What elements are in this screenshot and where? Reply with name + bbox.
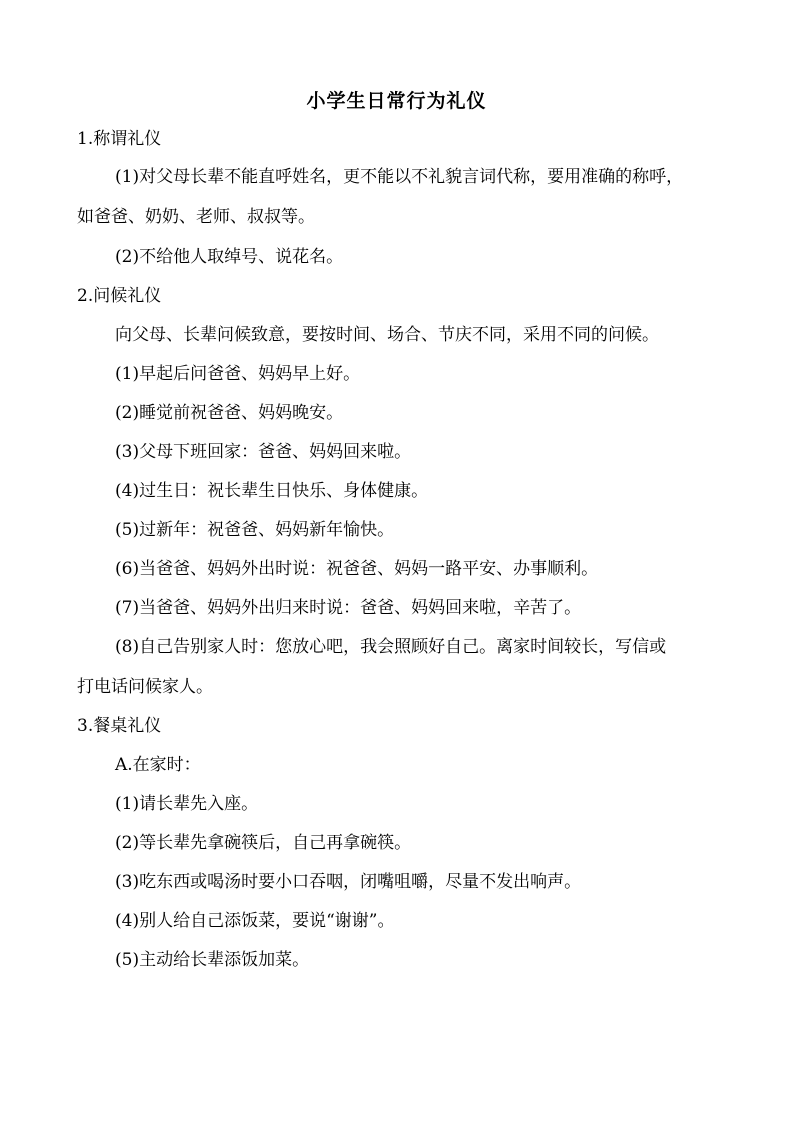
- paragraph-line: (4)别人给自己添饭菜，要说“谢谢”。: [115, 910, 765, 932]
- paragraph-line: 如爸爸、奶奶、老师、叔叔等。: [77, 206, 727, 228]
- paragraph-line: (6)当爸爸、妈妈外出时说：祝爸爸、妈妈一路平安、办事顺利。: [115, 558, 765, 580]
- section-heading-2: 2.问候礼仪: [77, 285, 727, 307]
- paragraph-line: (7)当爸爸、妈妈外出归来时说：爸爸、妈妈回来啦，辛苦了。: [115, 597, 765, 619]
- paragraph-line: (3)父母下班回家：爸爸、妈妈回来啦。: [115, 441, 765, 463]
- subheading: A.在家时：: [115, 754, 765, 776]
- paragraph-line: (4)过生日：祝长辈生日快乐、身体健康。: [115, 480, 765, 502]
- paragraph-line: 向父母、长辈问候致意，要按时间、场合、节庆不同，采用不同的问候。: [115, 324, 765, 346]
- section-heading-1: 1.称谓礼仪: [77, 128, 727, 150]
- paragraph-line: (1)对父母长辈不能直呼姓名，更不能以不礼貌言词代称，要用准确的称呼，: [115, 166, 765, 188]
- paragraph-line: (2)等长辈先拿碗筷后，自己再拿碗筷。: [115, 832, 765, 854]
- paragraph-line: (1)早起后问爸爸、妈妈早上好。: [115, 363, 765, 385]
- paragraph-line: (2)不给他人取绰号、说花名。: [115, 246, 765, 268]
- paragraph-line: (1)请长辈先入座。: [115, 793, 765, 815]
- paragraph-line: (2)睡觉前祝爸爸、妈妈晚安。: [115, 402, 765, 424]
- document-title: 小学生日常行为礼仪: [0, 86, 793, 113]
- paragraph-line: (3)吃东西或喝汤时要小口吞咽，闭嘴咀嚼，尽量不发出响声。: [115, 871, 765, 893]
- paragraph-line: 打电话问候家人。: [77, 676, 727, 698]
- paragraph-line: (5)主动给长辈添饭加菜。: [115, 949, 765, 971]
- paragraph-line: (5)过新年：祝爸爸、妈妈新年愉快。: [115, 519, 765, 541]
- section-heading-3: 3.餐桌礼仪: [77, 715, 727, 737]
- paragraph-line: (8)自己告别家人时：您放心吧，我会照顾好自己。离家时间较长，写信或: [115, 636, 765, 658]
- document-page: 小学生日常行为礼仪 1.称谓礼仪 (1)对父母长辈不能直呼姓名，更不能以不礼貌言…: [0, 0, 793, 1122]
